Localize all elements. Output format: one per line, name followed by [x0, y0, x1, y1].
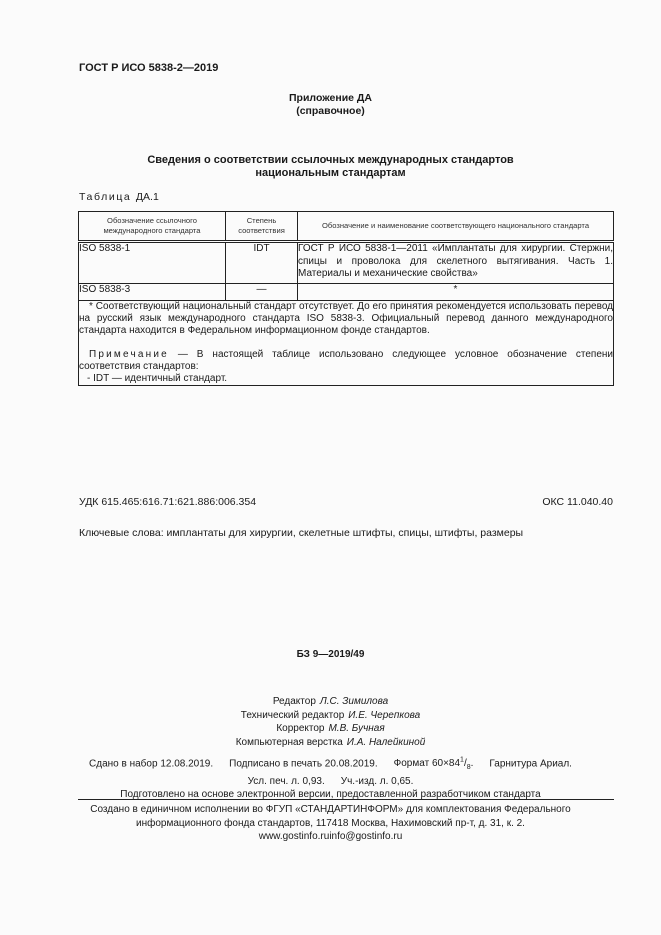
table-label-word: Таблица: [79, 191, 131, 203]
separator-line: [78, 799, 614, 800]
publisher-line-1: Создано в единичном исполнении во ФГУП «…: [0, 803, 661, 817]
staff-name: И.А. Налейкиной: [343, 737, 426, 748]
imprint-line-1: Сдано в набор 12.08.2019.Подписано в печ…: [0, 754, 661, 775]
cell-national: *: [298, 284, 614, 301]
imprint-line-2: Усл. печ. л. 0,93.Уч.-изд. л. 0,65.: [0, 775, 661, 789]
staff-name: М.В. Бучная: [324, 723, 384, 734]
table-row: ISO 5838-3 — *: [79, 284, 614, 301]
staff-tech-editor: Технический редакторИ.Е. Черепкова: [0, 709, 661, 723]
annex-heading: Приложение ДА (справочное): [0, 92, 661, 118]
staff-credits: РедакторЛ.С. Зимилова Технический редакт…: [0, 695, 661, 749]
column-header-reference: Обозначение ссылочного международного ст…: [79, 212, 226, 242]
format-denominator: 8: [467, 764, 471, 771]
keywords: Ключевые слова: имплантаты для хирургии,…: [79, 527, 523, 539]
staff-role: Корректор: [276, 723, 324, 734]
udk-code: УДК 615.465:616.71:621.886:006.354: [79, 496, 256, 508]
table-label: Таблица ДА.1: [79, 191, 159, 203]
staff-name: И.Е. Черепкова: [344, 710, 420, 721]
imprint-signed: Подписано в печать 20.08.2019.: [229, 758, 377, 769]
cell-reference: ISO 5838-3: [79, 284, 226, 301]
imprint-print-sheets: Усл. печ. л. 0,93.: [248, 776, 325, 787]
table-header-row: Обозначение ссылочного международного ст…: [79, 212, 614, 242]
oks-code: ОКС 11.040.40: [542, 496, 613, 508]
table-label-number: ДА.1: [136, 191, 159, 203]
table-footnote: * Соответствующий национальный стандарт …: [79, 301, 613, 338]
correspondence-table: Обозначение ссылочного международного ст…: [78, 211, 614, 386]
note-label: Примечание: [89, 349, 169, 360]
bz-number: БЗ 9—2019/49: [0, 649, 661, 660]
annex-title: Приложение ДА: [0, 92, 661, 105]
publisher-contacts: www.gostinfo.ruinfo@gostinfo.ru: [0, 830, 661, 844]
website-link[interactable]: www.gostinfo.ru: [259, 831, 330, 842]
imprint-typeface: Гарнитура Ариал.: [489, 758, 572, 769]
column-header-national: Обозначение и наименование соответствующ…: [298, 212, 614, 242]
column-header-degree: Степень соответствия: [226, 212, 298, 242]
annex-subtitle: (справочное): [0, 105, 661, 118]
note-item: - IDT — идентичный стандарт.: [79, 373, 613, 385]
section-title-line-2: национальным стандартам: [0, 167, 661, 180]
cell-national: ГОСТ Р ИСО 5838-1—2011 «Имплантаты для х…: [298, 242, 614, 284]
staff-role: Редактор: [273, 696, 316, 707]
format-prefix: Формат 60×84: [394, 758, 460, 769]
cell-degree: IDT: [226, 242, 298, 284]
format-numerator: 1: [460, 757, 464, 764]
staff-role: Компьютерная верстка: [236, 737, 343, 748]
cell-degree: —: [226, 284, 298, 301]
staff-name: Л.С. Зимилова: [316, 696, 388, 707]
staff-editor: РедакторЛ.С. Зимилова: [0, 695, 661, 709]
staff-proofreader: КорректорМ.В. Бучная: [0, 722, 661, 736]
staff-role: Технический редактор: [241, 710, 344, 721]
document-code: ГОСТ Р ИСО 5838-2—2019: [79, 62, 218, 74]
table-footnote-cell: * Соответствующий национальный стандарт …: [79, 301, 614, 386]
imprint-details: Сдано в набор 12.08.2019.Подписано в печ…: [0, 754, 661, 802]
table-footnote-row: * Соответствующий национальный стандарт …: [79, 301, 614, 386]
publisher-line-2: информационного фонда стандартов, 117418…: [0, 817, 661, 831]
section-title: Сведения о соответствии ссылочных междун…: [0, 154, 661, 180]
table-row: ISO 5838-1 IDT ГОСТ Р ИСО 5838-1—2011 «И…: [79, 242, 614, 284]
table-note: Примечание — В настоящей таблице использ…: [79, 349, 613, 373]
imprint-format: Формат 60×841/8.: [394, 758, 474, 769]
imprint-submitted: Сдано в набор 12.08.2019.: [89, 758, 213, 769]
imprint-pub-sheets: Уч.-изд. л. 0,65.: [341, 776, 414, 787]
cell-reference: ISO 5838-1: [79, 242, 226, 284]
staff-layout: Компьютерная версткаИ.А. Налейкиной: [0, 736, 661, 750]
publisher-info: Создано в единичном исполнении во ФГУП «…: [0, 803, 661, 844]
email-link[interactable]: info@gostinfo.ru: [329, 831, 402, 842]
section-title-line-1: Сведения о соответствии ссылочных междун…: [0, 154, 661, 167]
